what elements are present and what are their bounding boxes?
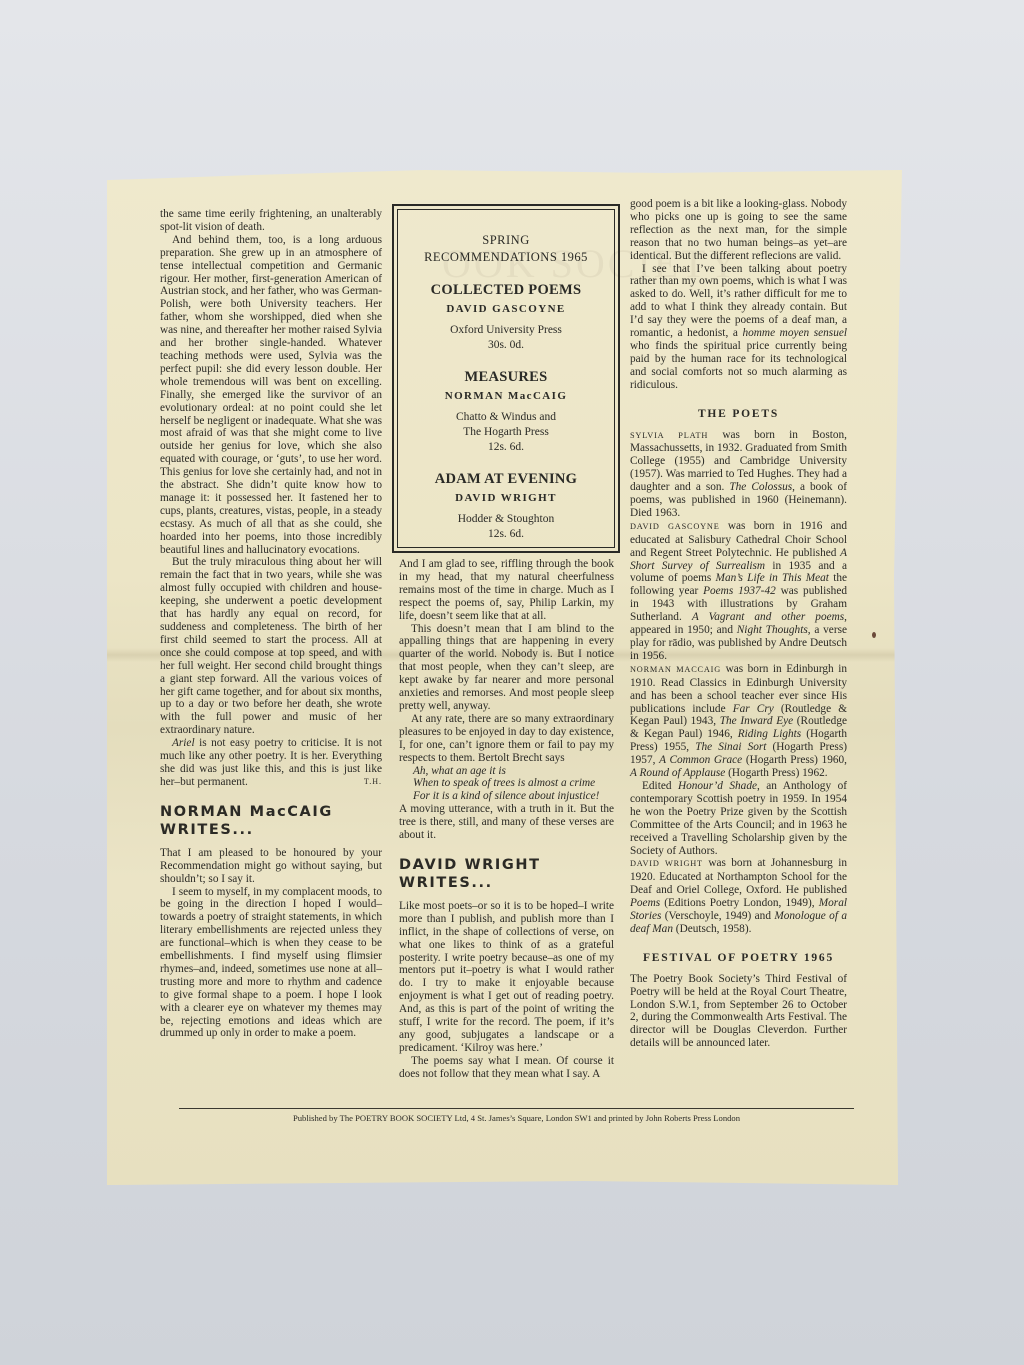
box-heading: SPRINGRECOMMENDATIONS 1965 xyxy=(398,232,614,266)
paragraph: I see that I’ve been talking about poetr… xyxy=(630,263,847,392)
section-heading-maccaig: NORMAN MacCAIGWRITES... xyxy=(160,803,382,839)
paragraph: Like most poets–or so it is to be hoped–… xyxy=(399,900,614,1055)
bio-norman-maccaig-cont: Edited Honour’d Shade, an Anthology of c… xyxy=(630,780,847,857)
column-right: good poem is a bit like a looking-glass.… xyxy=(630,198,847,1050)
recommendations-box: SPRINGRECOMMENDATIONS 1965 COLLECTED POE… xyxy=(392,204,620,553)
paragraph: But the truly miraculous thing about her… xyxy=(160,556,382,737)
bio-david-gascoyne: DAVID GASCOYNE was born in 1916 and educ… xyxy=(630,520,847,663)
book-author: DAVID WRIGHT xyxy=(398,492,614,504)
book-title: ADAM AT EVENING xyxy=(398,471,614,488)
column-left: the same time eerily frightening, an una… xyxy=(160,208,382,1040)
paragraph: I seem to myself, in my complacent moods… xyxy=(160,886,382,1041)
paragraph-ariel: Ariel is not easy poetry to criticise. I… xyxy=(160,737,382,789)
paragraph: The poems say what I mean. Of course it … xyxy=(399,1055,614,1081)
paragraph: good poem is a bit like a looking-glass.… xyxy=(630,198,847,263)
section-heading-the-poets: THE POETS xyxy=(630,408,847,421)
book-entry: MEASURES NORMAN MacCAIG Chatto & Windus … xyxy=(398,369,614,455)
publisher-imprint: Published by The POETRY BOOK SOCIETY Ltd… xyxy=(179,1113,854,1123)
book-title: COLLECTED POEMS xyxy=(398,282,614,299)
book-publisher: Oxford University Press30s. 0d. xyxy=(398,323,614,353)
bio-norman-maccaig: NORMAN MACCAIG was born in Edinburgh in … xyxy=(630,663,847,780)
footer-divider xyxy=(179,1108,854,1109)
paragraph: At any rate, there are so many extraordi… xyxy=(399,713,614,765)
paragraph: the same time eerily frightening, an una… xyxy=(160,208,382,234)
bio-sylvia-plath: SYLVIA PLATH was born in Boston, Massach… xyxy=(630,429,847,520)
paper-stain xyxy=(872,632,876,638)
book-title: Ariel xyxy=(172,737,195,749)
paragraph: A moving utterance, with a truth in it. … xyxy=(399,803,614,842)
book-entry: COLLECTED POEMS DAVID GASCOYNE Oxford Un… xyxy=(398,282,614,353)
paragraph: This doesn’t mean that I am blind to the… xyxy=(399,623,614,713)
book-entry: ADAM AT EVENING DAVID WRIGHT Hodder & St… xyxy=(398,471,614,542)
book-publisher: Hodder & Stoughton12s. 6d. xyxy=(398,512,614,542)
quoted-poem: Ah, what an age it is When to speak of t… xyxy=(399,765,614,804)
book-publisher: Chatto & Windus andThe Hogarth Press12s.… xyxy=(398,410,614,455)
section-heading-wright: DAVID WRIGHTWRITES... xyxy=(399,856,614,892)
book-author: DAVID GASCOYNE xyxy=(398,303,614,315)
section-heading-festival: FESTIVAL OF POETRY 1965 xyxy=(630,952,847,965)
column-middle: And I am glad to see, riffling through t… xyxy=(399,558,614,1081)
paragraph-festival: The Poetry Book Society’s Third Festival… xyxy=(630,973,847,1050)
author-signature: T.H. xyxy=(352,776,382,789)
bio-david-wright: DAVID WRIGHT was born at Johannesburg in… xyxy=(630,857,847,935)
printed-leaflet-page: OOK SOCIETY the same time eerily frighte… xyxy=(107,170,902,1185)
paragraph: That I am pleased to be honoured by your… xyxy=(160,847,382,886)
book-author: NORMAN MacCAIG xyxy=(398,390,614,402)
paragraph: And I am glad to see, riffling through t… xyxy=(399,558,614,623)
book-title: MEASURES xyxy=(398,369,614,386)
paragraph: And behind them, too, is a long arduous … xyxy=(160,234,382,557)
